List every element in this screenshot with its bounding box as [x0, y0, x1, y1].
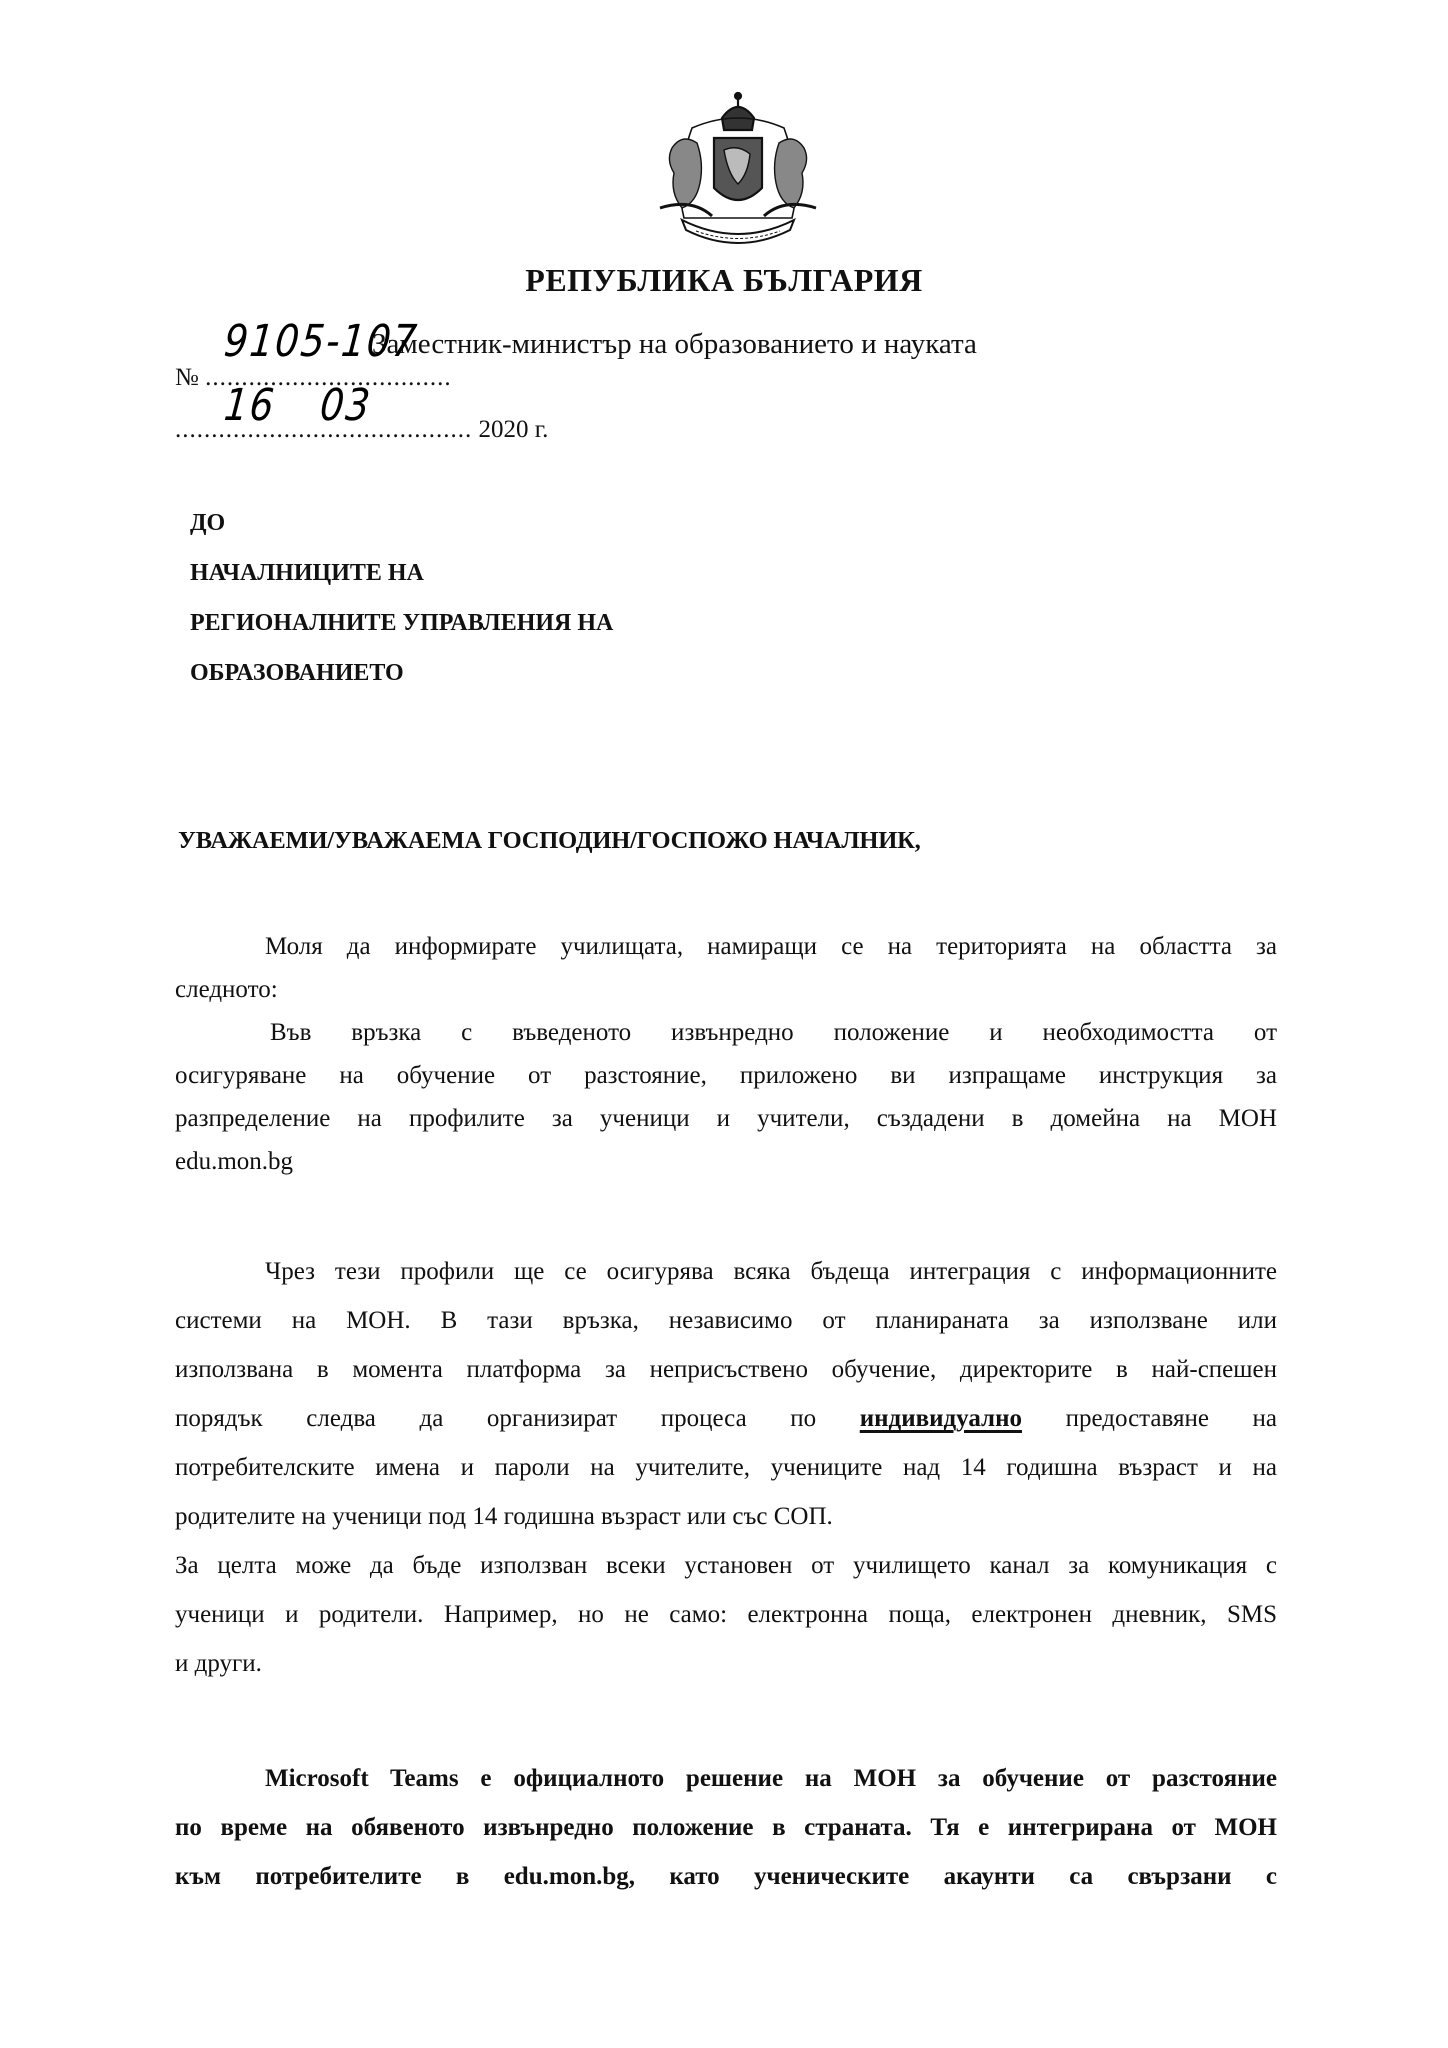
body-line: ученици и родители. Например, но не само…	[175, 1590, 1277, 1639]
text-before-emphasis: порядък следва да организират процеса по	[175, 1405, 816, 1432]
paragraph-1: Моля да информирате училищата, намиращи …	[175, 925, 1277, 1183]
body-line: Моля да информирате училищата, намиращи …	[175, 925, 1277, 968]
office-title: Заместник-министър на образованието и на…	[372, 328, 977, 361]
body-line: към потребителите в edu.mon.bg, като уче…	[175, 1852, 1277, 1901]
body-line: потребителските имена и пароли на учител…	[175, 1443, 1277, 1492]
body-line: използвана в момента платформа за неприс…	[175, 1345, 1277, 1394]
body-line: Във връзка с въведеното извънредно полож…	[175, 1011, 1277, 1054]
body-line: порядък следва да организират процеса по…	[175, 1394, 1277, 1443]
body-line: разпределение на профилите за ученици и …	[175, 1097, 1277, 1140]
addressee-line-1: ДО	[190, 510, 225, 537]
body-line: и други.	[175, 1639, 1277, 1688]
handwritten-reference-number: 9105-107	[222, 316, 420, 367]
paragraph-2: Чрез тези профили ще се осигурява всяка …	[175, 1247, 1277, 1688]
addressee-line-4: ОБРАЗОВАНИЕТО	[190, 660, 404, 687]
handwritten-date-month: 03	[318, 380, 374, 431]
body-line: осигуряване на обучение от разстояние, п…	[175, 1054, 1277, 1097]
addressee-line-3: РЕГИОНАЛНИТЕ УПРАВЛЕНИЯ НА	[190, 610, 613, 637]
body-line: edu.mon.bg	[175, 1140, 1277, 1183]
salutation: УВАЖАЕМИ/УВАЖАЕМА ГОСПОДИН/ГОСПОЖО НАЧАЛ…	[178, 827, 921, 855]
emphasis-individually: индивидуално	[860, 1405, 1022, 1432]
country-title: РЕПУБЛИКА БЪЛГАРИЯ	[0, 262, 1448, 299]
body-line: Microsoft Teams е официалното решение на…	[175, 1754, 1277, 1803]
date-year: 2020 г.	[479, 416, 549, 443]
reference-number: № ..................................	[175, 364, 452, 392]
body-line: системи на МОН. В тази връзка, независим…	[175, 1296, 1277, 1345]
body-line: Чрез тези профили ще се осигурява всяка …	[175, 1247, 1277, 1296]
handwritten-date-day: 16	[222, 380, 278, 431]
text-after-emphasis: предоставяне на	[1066, 1405, 1277, 1432]
coat-of-arms-icon	[652, 88, 824, 250]
body-line: следното:	[175, 968, 1277, 1011]
addressee-line-2: НАЧАЛНИЦИТЕ НА	[190, 560, 424, 587]
body-line: За целта може да бъде използван всеки ус…	[175, 1541, 1277, 1590]
body-line: по време на обявеното извънредно положен…	[175, 1803, 1277, 1852]
body-line: родителите на ученици под 14 годишна въз…	[175, 1492, 1277, 1541]
paragraph-3: Microsoft Teams е официалното решение на…	[175, 1754, 1277, 1901]
number-label: №	[175, 364, 199, 391]
